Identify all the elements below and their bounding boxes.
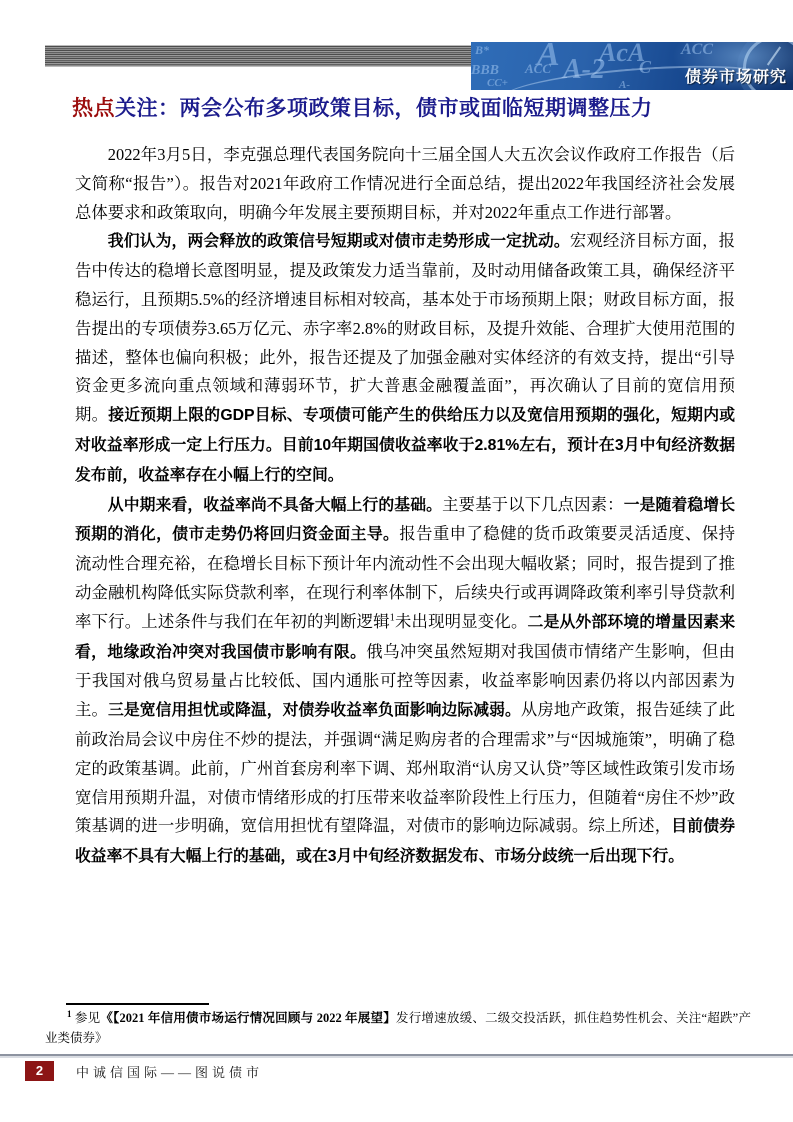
paragraph: 我们认为，两会释放的政策信号短期或对债市走势形成一定扰动。宏观经济目标方面，报告…: [75, 227, 735, 490]
paragraph: 从中期来看，收益率尚不具备大幅上行的基础。主要基于以下几点因素：一是随着稳增长预…: [75, 491, 735, 872]
text-run: 2022年3月5日，李克强总理代表国务院向十三届全国人大五次会议作政府工作报告（…: [75, 145, 735, 222]
footnote: 1 参见《【2021 年信用债市场运行情况回顾与 2022 年展望】发行增速放缓…: [45, 1008, 751, 1048]
text-run: 宏观经济目标方面，报告中传达的稳增长意图明显，提及政策发力适当靠前，及时动用储备…: [75, 231, 735, 424]
text-run: 从房地产政策，报告延续了此前政治局会议中房住不炒的提法，并强调“满足购房者的合理…: [75, 700, 735, 835]
footer-label: 中诚信国际——图说债市: [76, 1062, 263, 1081]
rating-letter: BBB: [471, 64, 499, 78]
rating-letter: ACC: [525, 62, 551, 75]
bold-text-run: 接近预期上限的GDP目标、专项债可能产生的供给压力以及宽信用预期的强化，短期内或…: [75, 407, 735, 484]
page-title: 热点关注：两会公布多项政策目标，债市或面临短期调整压力: [72, 94, 752, 124]
header-stripe-bar: [45, 45, 472, 67]
article-body: 2022年3月5日，李克强总理代表国务院向十三届全国人大五次会议作政府工作报告（…: [75, 141, 735, 872]
text-run: 未出现明显变化。: [395, 612, 528, 631]
text-run: 参见: [72, 1011, 101, 1025]
text-run: 主要基于以下几点因素：: [442, 495, 624, 514]
paragraph: 2022年3月5日，李克强总理代表国务院向十三届全国人大五次会议作政府工作报告（…: [75, 141, 735, 227]
bold-text-run: 我们认为，两会释放的政策信号短期或对债市走势形成一定扰动。: [108, 233, 570, 250]
rating-letter: ACC: [681, 42, 713, 58]
bold-text-run: 《【2021 年信用债市场运行情况回顾与 2022 年展望】: [100, 1011, 396, 1025]
page-title-highlight: 热点: [72, 97, 115, 120]
rating-letter: B*: [475, 44, 489, 56]
footer-rule: [0, 1054, 793, 1056]
bold-text-run: 三是宽信用担忧或降温，对债券收益率负面影响边际减弱。: [108, 702, 521, 719]
rating-letter: CC+: [487, 78, 508, 89]
bold-text-run: 从中期来看，收益率尚不具备大幅上行的基础。: [108, 497, 442, 514]
page-title-rest: 关注：两会公布多项政策目标，债市或面临短期调整压力: [115, 97, 653, 120]
footnote-separator: [66, 1003, 209, 1005]
header-banner: B*AAcAACCBBBACCA-2CCC+A- 债券市场研究: [471, 42, 793, 90]
banner-label: 债券市场研究: [685, 64, 787, 87]
page-number-badge: 2: [25, 1061, 54, 1081]
